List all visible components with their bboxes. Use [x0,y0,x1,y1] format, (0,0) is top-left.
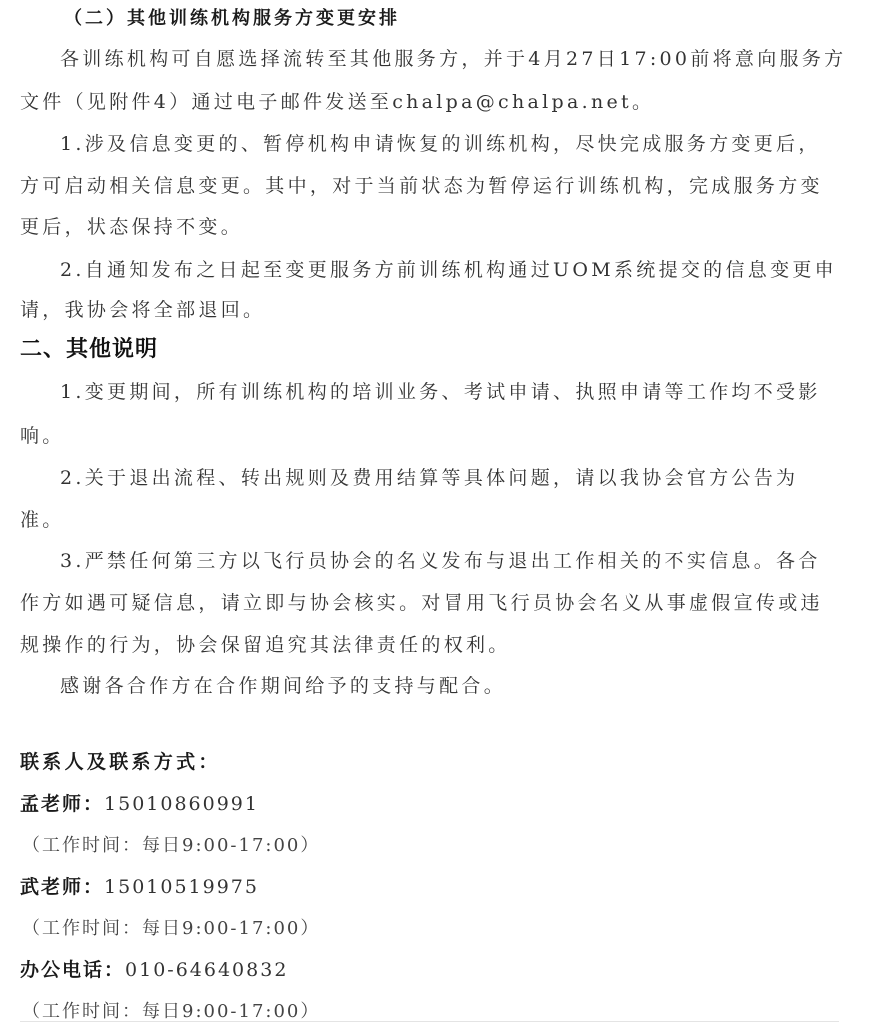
list-item-line: 1.变更期间，所有训练机构的培训业务、考试申请、执照申请等工作均不受影 [60,379,845,405]
list-item-line: 2.关于退出流程、转出规则及费用结算等具体问题，请以我协会官方公告为 [60,465,845,491]
subsection-heading: （二）其他训练机构服务方变更安排 [64,6,845,32]
section-heading: 二、其他说明 [20,337,845,363]
list-item-line: 作方如遇可疑信息，请立即与协会核实。对冒用飞行员协会名义从事虚假宣传或违 [20,590,845,616]
contact-entry: 办公电话：010-64640832 [20,957,845,983]
list-item-line: 2.自通知发布之日起至变更服务方前训练机构通过UOM系统提交的信息变更申 [60,257,845,283]
contact-name: 武老师： [20,876,104,898]
list-item-line: 方可启动相关信息变更。其中，对于当前状态为暂停运行训练机构，完成服务方变 [20,173,845,199]
contact-entry: 孟老师：15010860991 [20,791,845,817]
document-page: （二）其他训练机构服务方变更安排 各训练机构可自愿选择流转至其他服务方，并于4月… [0,0,869,1024]
thanks-line: 感谢各合作方在合作期间给予的支持与配合。 [60,673,845,699]
list-item-line: 响。 [20,423,845,449]
list-item-line: 规操作的行为，协会保留追究其法律责任的权利。 [20,632,845,658]
contact-phone: 15010519975 [104,876,259,898]
page-divider [20,1021,839,1022]
list-item-line: 3.严禁任何第三方以飞行员协会的名义发布与退出工作相关的不实信息。各合 [60,548,845,574]
list-item-line: 准。 [20,507,845,533]
list-item-line: 请，我协会将全部退回。 [20,297,845,323]
contact-hours: （工作时间：每日9:00-17:00） [22,833,845,859]
contact-hours: （工作时间：每日9:00-17:00） [22,916,845,942]
contact-phone: 010-64640832 [125,959,288,981]
contacts-heading: 联系人及联系方式： [20,749,845,775]
list-item-line: 1.涉及信息变更的、暂停机构申请恢复的训练机构，尽快完成服务方变更后， [60,131,845,157]
paragraph-line: 各训练机构可自愿选择流转至其他服务方，并于4月27日17:00前将意向服务方 [60,46,845,72]
paragraph-line: 文件（见附件4）通过电子邮件发送至chalpa@chalpa.net。 [20,89,845,115]
contact-phone: 15010860991 [104,793,259,815]
contact-entry: 武老师：15010519975 [20,874,845,900]
contact-name: 办公电话： [20,959,125,981]
contact-name: 孟老师： [20,793,104,815]
list-item-line: 更后，状态保持不变。 [20,214,845,240]
